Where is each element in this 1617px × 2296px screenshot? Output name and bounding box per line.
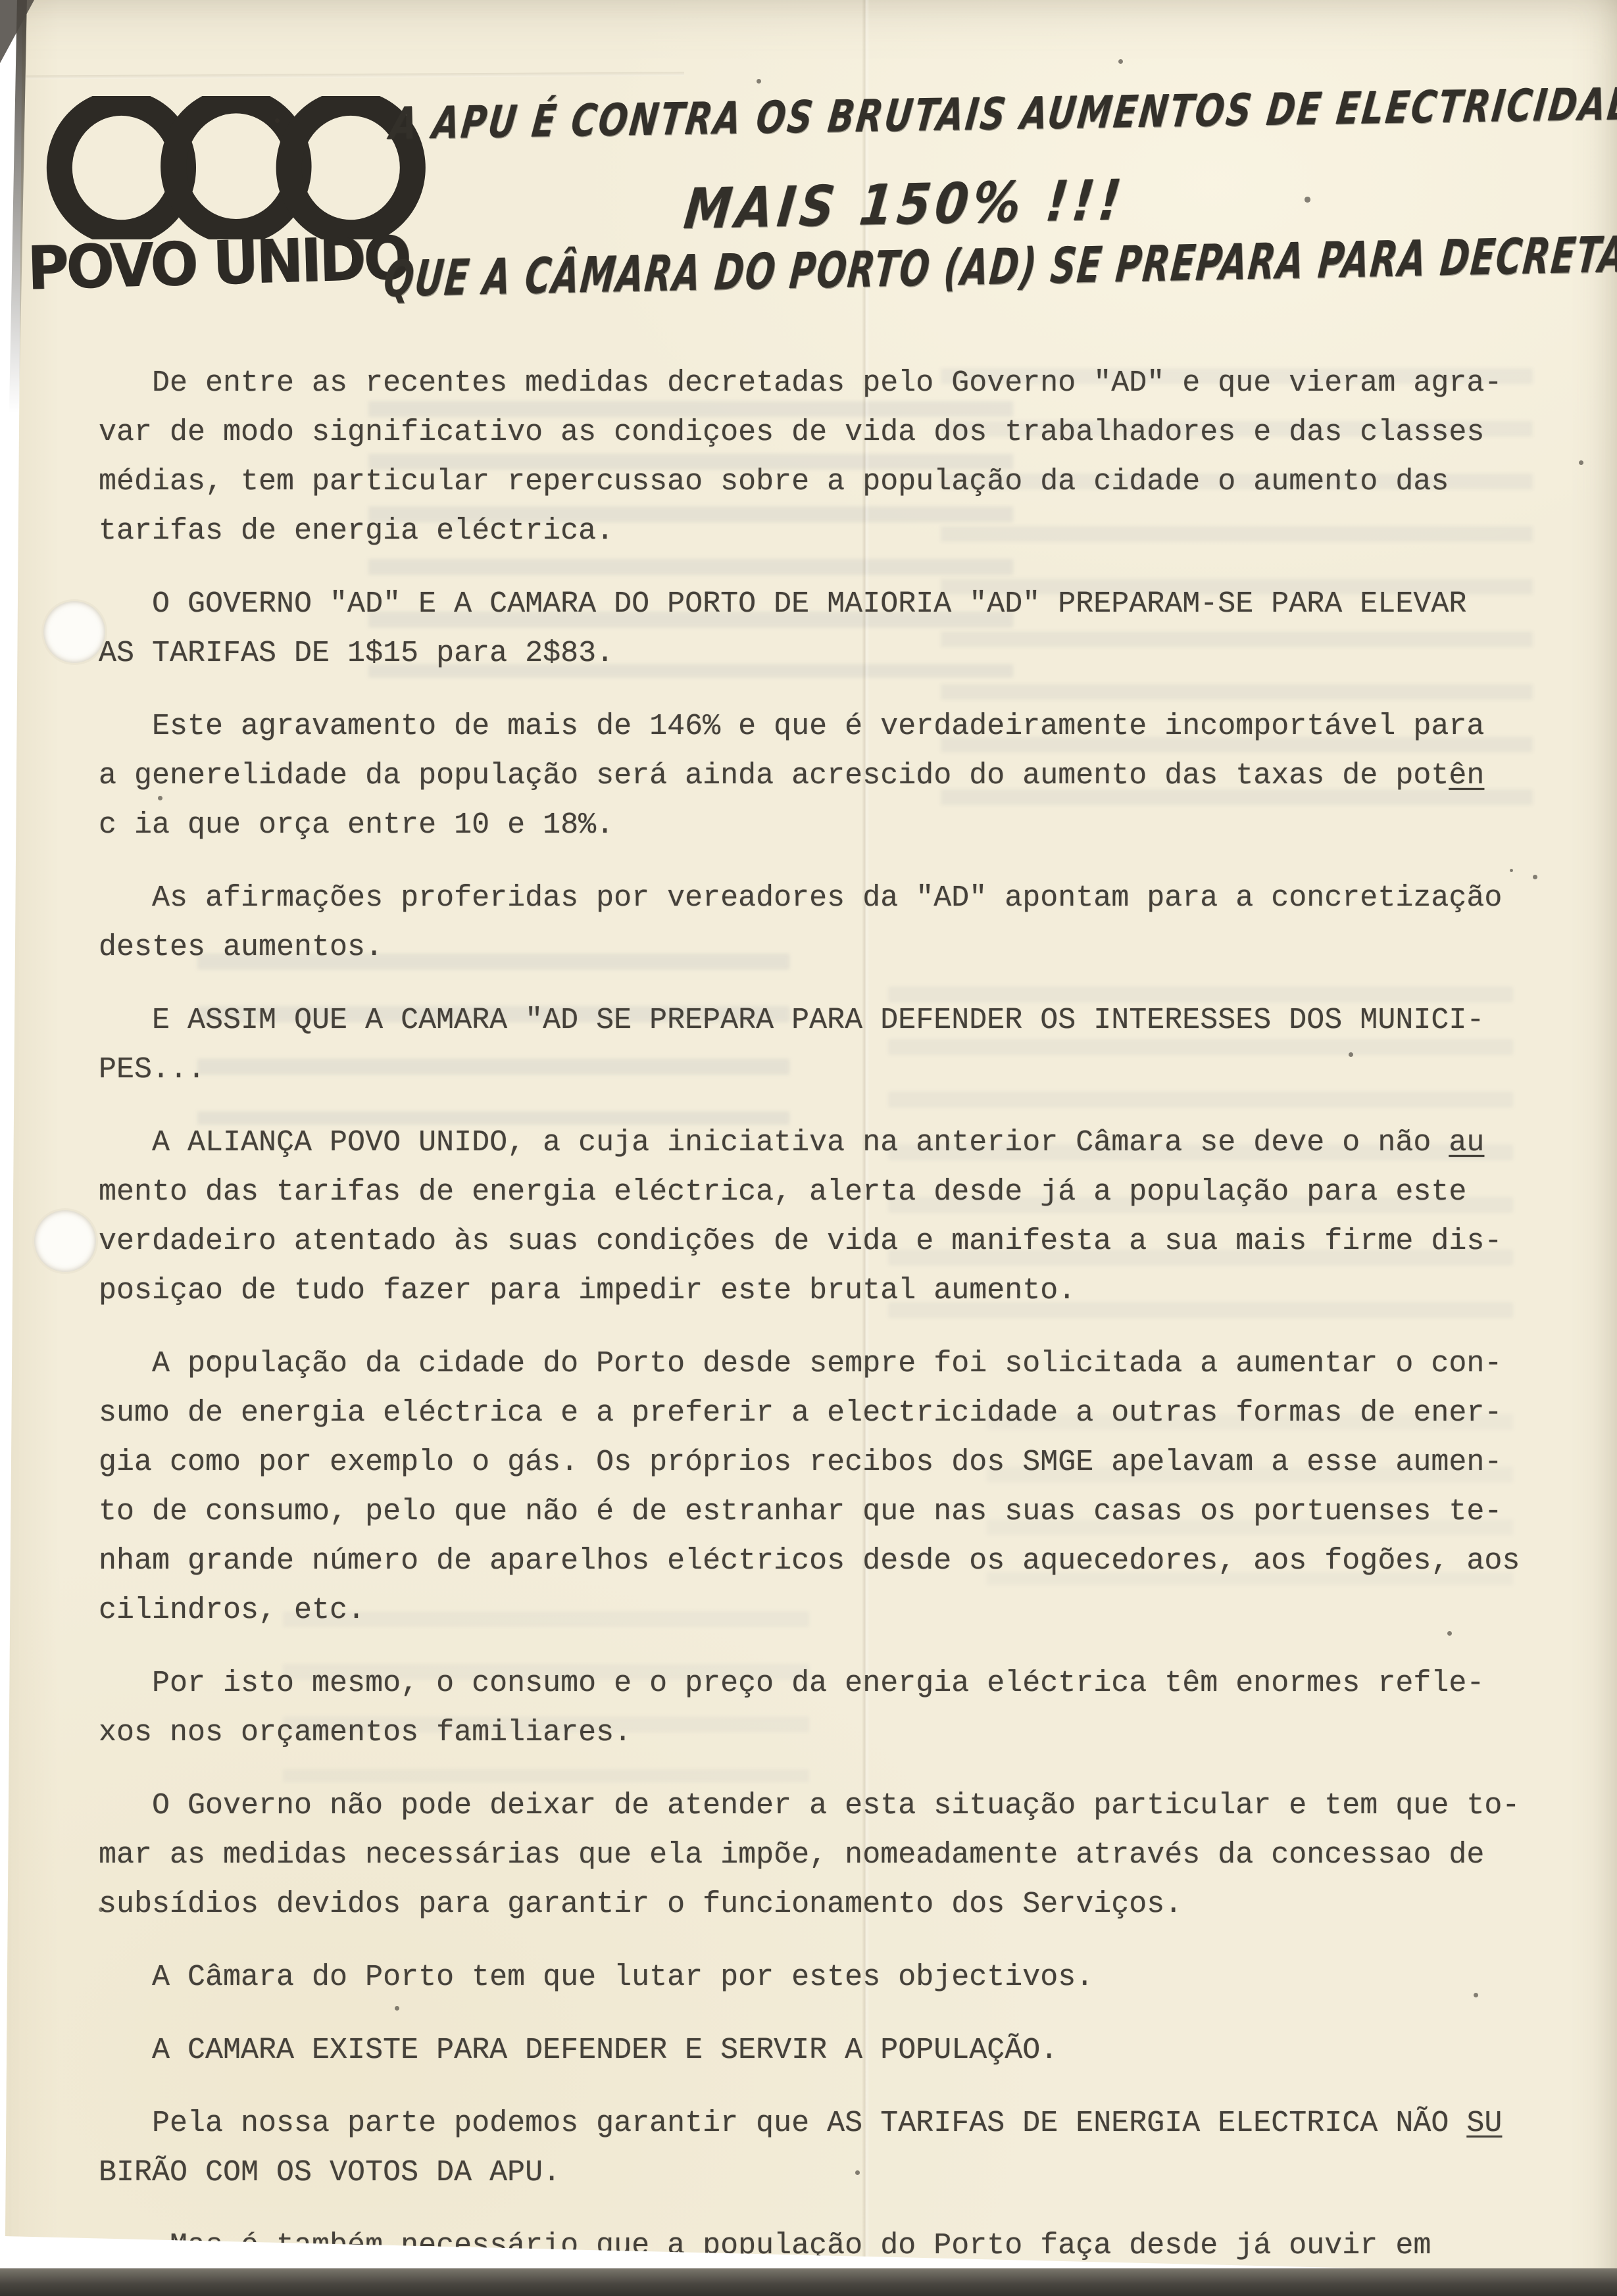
typewritten-line: De entre as recentes medidas decretadas … (99, 358, 1585, 408)
headline-line-3: QUE A CÂMARA DO PORTO (AD) SE PREPARA PA… (382, 226, 1617, 308)
paragraph: A CAMARA EXISTE PARA DEFENDER E SERVIR A… (99, 2026, 1585, 2075)
typewritten-line: A CAMARA EXISTE PARA DEFENDER E SERVIR A… (99, 2026, 1585, 2075)
typewritten-line: posiçao de tudo fazer para impedir este … (99, 1266, 1585, 1315)
typewritten-line: destes aumentos. (99, 923, 1585, 972)
typewritten-line: PES... (99, 1045, 1585, 1094)
paragraph: A Câmara do Porto tem que lutar por este… (99, 1953, 1585, 2002)
typewritten-line: As afirmações proferidas por vereadores … (99, 873, 1585, 923)
body-column: De entre as recentes medidas decretadas … (99, 358, 1585, 2294)
typewritten-line: BIRÃO COM OS VOTOS DA APU. (99, 2148, 1585, 2197)
typewritten-line: A população da cidade do Porto desde sem… (99, 1339, 1585, 1388)
typewritten-line: tarifas de energia eléctrica. (99, 506, 1585, 556)
paragraph: Pela nossa parte podemos garantir que AS… (99, 2099, 1585, 2197)
headline-line-2: MAIS 150% !!! (681, 167, 1128, 241)
typewritten-line: c ia que orça entre 10 e 18%. (99, 800, 1585, 850)
paragraph: Este agravamento de mais de 146% e que é… (99, 702, 1585, 850)
typewritten-line: Pela nossa parte podemos garantir que AS… (99, 2099, 1585, 2148)
typewritten-line: to de consumo, pelo que não é de estranh… (99, 1487, 1585, 1536)
typewritten-line: gia como por exemplo o gás. Os próprios … (99, 1438, 1585, 1487)
paragraph: O GOVERNO "AD" E A CAMARA DO PORTO DE MA… (99, 579, 1585, 678)
paragraph: A população da cidade do Porto desde sem… (99, 1339, 1585, 1635)
typewritten-line: verdadeiro atentado às suas condições de… (99, 1217, 1585, 1266)
typewritten-line: cilindros, etc. (99, 1586, 1585, 1635)
document-page: POVO UNIDO A APU É CONTRA OS BRUTAIS AUM… (0, 0, 1617, 2296)
typewritten-line: sumo de energia eléctrica e a preferir a… (99, 1388, 1585, 1438)
paragraph: .Mas é também necessário que a população… (99, 2221, 1585, 2270)
typewritten-line: mar as medidas necessárias que ela impõe… (99, 1830, 1585, 1880)
punch-hole (34, 1210, 96, 1272)
typewritten-line: var de modo significativo as condiçoes d… (99, 408, 1585, 457)
paragraph: A ALIANÇA POVO UNIDO, a cuja iniciativa … (99, 1118, 1585, 1315)
typewritten-line: .Mas é também necessário que a população… (99, 2221, 1585, 2270)
scanner-bed-strip (0, 2268, 1617, 2296)
typewritten-line: Este agravamento de mais de 146% e que é… (99, 702, 1585, 751)
typewritten-line: nham grande número de aparelhos eléctric… (99, 1536, 1585, 1586)
typewritten-line: A ALIANÇA POVO UNIDO, a cuja iniciativa … (99, 1118, 1585, 1167)
headline-line-1: A APU É CONTRA OS BRUTAIS AUMENTOS DE EL… (387, 78, 1617, 150)
typewritten-line: A Câmara do Porto tem que lutar por este… (99, 1953, 1585, 2002)
typewritten-line: AS TARIFAS DE 1$15 para 2$83. (99, 629, 1585, 678)
typewritten-line: O GOVERNO "AD" E A CAMARA DO PORTO DE MA… (99, 579, 1585, 629)
typewritten-line: O Governo não pode deixar de atender a e… (99, 1781, 1585, 1830)
typewritten-line: médias, tem particular repercussao sobre… (99, 457, 1585, 506)
paragraph: As afirmações proferidas por vereadores … (99, 873, 1585, 972)
typewritten-line: xos nos orçamentos familiares. (99, 1708, 1585, 1757)
paper-crease (26, 72, 684, 79)
typewritten-line: E ASSIM QUE A CAMARA "AD SE PREPARA PARA… (99, 996, 1585, 1045)
typewritten-line: mento das tarifas de energia eléctrica, … (99, 1167, 1585, 1217)
paragraph: O Governo não pode deixar de atender a e… (99, 1781, 1585, 1929)
typewritten-line: Por isto mesmo, o consumo e o preço da e… (99, 1659, 1585, 1708)
paragraph: De entre as recentes medidas decretadas … (99, 358, 1585, 556)
paragraph: E ASSIM QUE A CAMARA "AD SE PREPARA PARA… (99, 996, 1585, 1094)
typewritten-line: a generelidade da população será ainda a… (99, 751, 1585, 800)
typewritten-line: subsídios devidos para garantir o funcio… (99, 1880, 1585, 1929)
scanned-flyer: { "document": { "kind": "Scanned politic… (0, 0, 1617, 2296)
three-rings-icon (45, 96, 439, 239)
paragraph: Por isto mesmo, o consumo e o preço da e… (99, 1659, 1585, 1757)
punch-hole (43, 601, 105, 663)
